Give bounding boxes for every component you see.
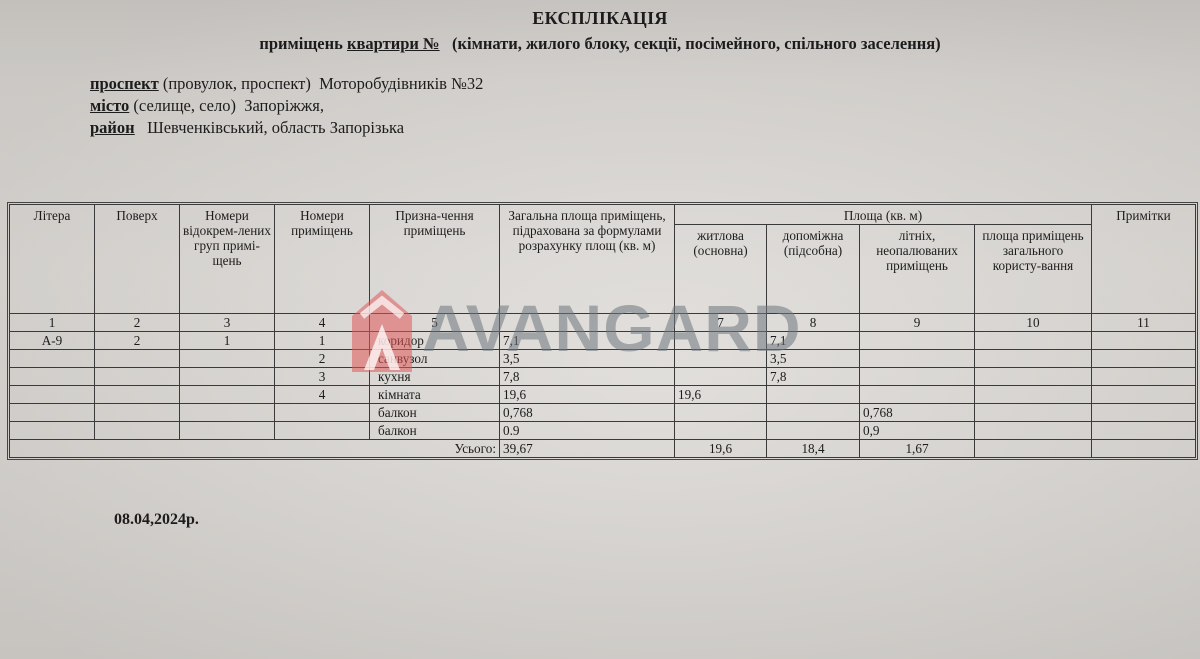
header-living: житлова (основна)	[675, 225, 767, 314]
table-row: балкон0,7680,768	[10, 404, 1196, 422]
cell-purpose: кімната	[370, 386, 500, 404]
cell-litera	[10, 386, 95, 404]
table-row: 2санвузол3,53,5	[10, 350, 1196, 368]
cell-group	[180, 422, 275, 440]
cell-notes	[1092, 350, 1196, 368]
cell-total: 7,1	[500, 332, 675, 350]
cell-summer	[860, 350, 975, 368]
header-floor: Поверх	[95, 205, 180, 314]
city-label: місто	[90, 96, 129, 115]
column-numbers-row: 1 2 3 4 5 7 8 9 10 11	[10, 314, 1196, 332]
address-district-line: район Шевченківський, область Запорізька	[90, 117, 404, 139]
cell-notes	[1092, 422, 1196, 440]
address-city-line: місто (селище, село) Запоріжжя,	[90, 95, 324, 117]
cell-purpose: балкон	[370, 422, 500, 440]
col-num: 4	[275, 314, 370, 332]
cell-floor	[95, 350, 180, 368]
header-purpose: Призна-чення приміщень	[370, 205, 500, 314]
cell-litera: А-9	[10, 332, 95, 350]
cell-living	[675, 332, 767, 350]
cell-floor: 2	[95, 332, 180, 350]
cell-auxiliary	[767, 386, 860, 404]
header-groups: Номери відокрем-лених груп примі-щень	[180, 205, 275, 314]
cell-litera	[10, 350, 95, 368]
col-num: 3	[180, 314, 275, 332]
col-num: 9	[860, 314, 975, 332]
cell-litera	[10, 422, 95, 440]
district-label: район	[90, 118, 135, 137]
totals-notes	[1092, 440, 1196, 458]
col-num: 1	[10, 314, 95, 332]
cell-living	[675, 404, 767, 422]
cell-litera	[10, 404, 95, 422]
header-auxiliary: допоміжна (підсобна)	[767, 225, 860, 314]
cell-room: 1	[275, 332, 370, 350]
col-num: 2	[95, 314, 180, 332]
cell-floor	[95, 386, 180, 404]
cell-summer	[860, 386, 975, 404]
cell-notes	[1092, 386, 1196, 404]
city-hint: (селище, село)	[133, 96, 236, 115]
cell-room: 4	[275, 386, 370, 404]
cell-living	[675, 368, 767, 386]
subtitle-apartment-no: квартири №	[347, 34, 440, 53]
cell-summer: 0,9	[860, 422, 975, 440]
col-num	[500, 314, 675, 332]
cell-room: 2	[275, 350, 370, 368]
cell-group	[180, 404, 275, 422]
cell-group	[180, 386, 275, 404]
cell-floor	[95, 404, 180, 422]
header-rooms: Номери приміщень	[275, 205, 370, 314]
header-litera: Літера	[10, 205, 95, 314]
city-value: Запоріжжя,	[244, 96, 324, 115]
cell-purpose: коридор	[370, 332, 500, 350]
subtitle-prefix: приміщень	[259, 34, 343, 53]
col-num: 8	[767, 314, 860, 332]
cell-living	[675, 422, 767, 440]
cell-room	[275, 404, 370, 422]
col-num: 10	[975, 314, 1092, 332]
cell-common	[975, 422, 1092, 440]
document-date: 08.04,2024р.	[114, 511, 199, 529]
cell-summer: 0,768	[860, 404, 975, 422]
explication-table: Літера Поверх Номери відокрем-лених груп…	[9, 204, 1196, 458]
subtitle-suffix: (кімнати, жилого блоку, секції, посімейн…	[452, 34, 941, 53]
header-summer: літніх, неопалюваних приміщень	[860, 225, 975, 314]
cell-summer	[860, 332, 975, 350]
cell-group: 1	[180, 332, 275, 350]
header-area-group: Площа (кв. м)	[675, 205, 1092, 225]
header-total-area: Загальна площа приміщень, підрахована за…	[500, 205, 675, 314]
cell-purpose: кухня	[370, 368, 500, 386]
cell-common	[975, 404, 1092, 422]
cell-auxiliary	[767, 422, 860, 440]
street-hint: (провулок, проспект)	[163, 74, 311, 93]
totals-common	[975, 440, 1092, 458]
table-row: 4кімната19,619,6	[10, 386, 1196, 404]
totals-summer: 1,67	[860, 440, 975, 458]
document-subtitle: приміщень квартири № (кімнати, жилого бл…	[0, 34, 1200, 54]
cell-group	[180, 368, 275, 386]
cell-total: 3,5	[500, 350, 675, 368]
cell-summer	[860, 368, 975, 386]
street-value: Моторобудівників №32	[319, 74, 483, 93]
cell-floor	[95, 422, 180, 440]
cell-common	[975, 332, 1092, 350]
cell-common	[975, 386, 1092, 404]
cell-room: 3	[275, 368, 370, 386]
cell-total: 0,768	[500, 404, 675, 422]
cell-purpose: санвузол	[370, 350, 500, 368]
cell-notes	[1092, 404, 1196, 422]
cell-purpose: балкон	[370, 404, 500, 422]
cell-total: 0.9	[500, 422, 675, 440]
totals-row: Усього: 39,67 19,6 18,4 1,67	[10, 440, 1196, 458]
cell-floor	[95, 368, 180, 386]
cell-notes	[1092, 332, 1196, 350]
table-row: 3кухня7,87,8	[10, 368, 1196, 386]
cell-living: 19,6	[675, 386, 767, 404]
totals-label: Усього:	[10, 440, 500, 458]
cell-room	[275, 422, 370, 440]
address-street-line: проспект (провулок, проспект) Моторобуді…	[90, 73, 483, 95]
cell-living	[675, 350, 767, 368]
col-num: 7	[675, 314, 767, 332]
cell-auxiliary: 7,8	[767, 368, 860, 386]
document-title: ЕКСПЛІКАЦІЯ	[0, 8, 1200, 29]
cell-total: 19,6	[500, 386, 675, 404]
street-label: проспект	[90, 74, 159, 93]
totals-living: 19,6	[675, 440, 767, 458]
table-row: балкон0.90,9	[10, 422, 1196, 440]
totals-auxiliary: 18,4	[767, 440, 860, 458]
totals-total: 39,67	[500, 440, 675, 458]
cell-group	[180, 350, 275, 368]
col-num: 5	[370, 314, 500, 332]
cell-notes	[1092, 368, 1196, 386]
col-num: 11	[1092, 314, 1196, 332]
district-value: Шевченківський, область Запорізька	[147, 118, 404, 137]
cell-common	[975, 350, 1092, 368]
cell-auxiliary	[767, 404, 860, 422]
cell-auxiliary: 3,5	[767, 350, 860, 368]
cell-litera	[10, 368, 95, 386]
cell-auxiliary: 7,1	[767, 332, 860, 350]
cell-total: 7,8	[500, 368, 675, 386]
cell-common	[975, 368, 1092, 386]
table-row: А-9211коридор7,17,1	[10, 332, 1196, 350]
header-common: площа приміщень загального користу-вання	[975, 225, 1092, 314]
header-notes: Примітки	[1092, 205, 1196, 314]
